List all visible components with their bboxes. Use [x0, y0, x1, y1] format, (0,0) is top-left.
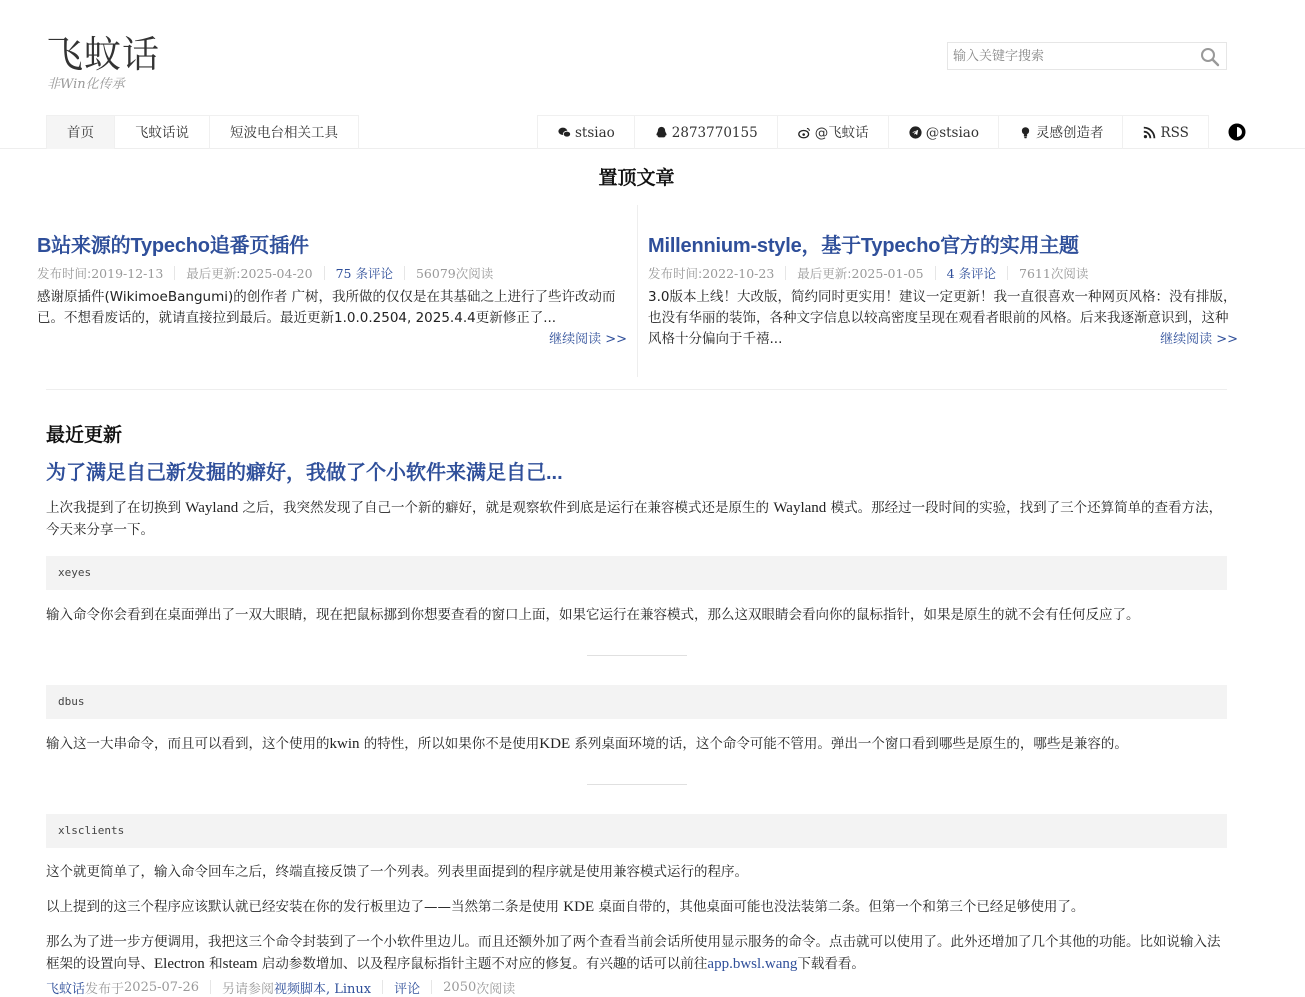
paragraph: 以上提到的这三个程序应该默认就已经安装在你的发行板里边了——当然第二条是使用 K… [46, 896, 1227, 918]
author-link[interactable]: 飞蚊话 [46, 978, 85, 997]
sticky-post: B站来源的Typecho追番页插件 发布时间: 2019-12-13 最后更新:… [37, 230, 627, 350]
paragraph: 上次我提到了在切换到 Wayland 之后，我突然发现了自己一个新的癖好，就是观… [46, 497, 1227, 541]
see-also-label: 另请参阅 [222, 978, 274, 997]
meta-separator [210, 980, 211, 994]
nav-item-blog[interactable]: 飞蚊话说 [115, 115, 210, 149]
comments-count: 75 [336, 266, 352, 281]
views-count: 56079 [416, 266, 456, 281]
search-box [947, 42, 1227, 70]
published-label: 发布时间: [37, 264, 91, 282]
category-links[interactable]: 视频脚本, Linux [274, 978, 371, 997]
code-block: xeyes [46, 556, 1227, 590]
read-more-link[interactable]: 继续阅读 >> [37, 329, 627, 350]
post-title-link[interactable]: 为了满足自己新发掘的癖好，我做了个小软件来满足自己... [46, 456, 563, 485]
social-qq[interactable]: 2873770155 [635, 115, 778, 149]
short-divider [587, 655, 687, 656]
meta-separator [382, 980, 383, 994]
weibo-icon [798, 126, 811, 139]
updated-label: 最后更新: [797, 264, 851, 282]
post-excerpt: 感谢原插件(WikimoeBangumi)的创作者 广树，我所做的仅仅是在其基础… [37, 287, 627, 329]
main-nav: 首页 飞蚊话说 短波电台相关工具 [46, 115, 359, 149]
social-label: @stsiao [926, 116, 979, 150]
meta-separator [1007, 266, 1008, 280]
views-label: 次阅读 [456, 264, 494, 282]
social-telegram[interactable]: @stsiao [889, 115, 999, 149]
published-label: 发布于 [85, 978, 124, 997]
views-label: 次阅读 [476, 978, 515, 997]
comments-count: 4 [947, 266, 955, 281]
social-weibo[interactable]: @飞蚊话 [778, 115, 889, 149]
updated-date: 2025-04-20 [241, 266, 313, 281]
post-footer-meta: 飞蚊话 发布于 2025-07-26 另请参阅 视频脚本, Linux 评论 2… [46, 977, 515, 997]
views-count: 7611 [1019, 266, 1051, 281]
social-rss[interactable]: RSS [1123, 115, 1208, 149]
recent-posts-heading: 最近更新 [46, 420, 122, 447]
post-meta: 发布时间: 2019-12-13 最后更新: 2025-04-20 75 条评论… [37, 264, 627, 282]
code-block: dbus [46, 685, 1227, 719]
updated-date: 2025-01-05 [852, 266, 924, 281]
search-input[interactable] [948, 43, 1188, 69]
meta-separator [404, 266, 405, 280]
contrast-icon [1228, 123, 1246, 141]
app-download-link[interactable]: app.bwsl.wang [707, 956, 797, 972]
site-description: 非Win化传承 [47, 73, 125, 92]
nav-item-home[interactable]: 首页 [46, 115, 115, 149]
social-label: stsiao [575, 116, 615, 150]
navigation-bar: 首页 飞蚊话说 短波电台相关工具 stsiao 2873770155 @飞蚊话 … [0, 115, 1305, 149]
comments-link[interactable]: 4 条评论 [947, 264, 996, 282]
meta-separator [431, 980, 432, 994]
paragraph: 输入命令你会看到在桌面弹出了一双大眼睛，现在把鼠标挪到你想要查看的窗口上面，如果… [46, 604, 1227, 626]
site-title[interactable]: 飞蚊话 [46, 24, 160, 78]
paragraph: 那么为了进一步方便调用，我把这三个命令封装到了一个小软件里边儿。而且还额外加了两… [46, 931, 1227, 975]
sticky-post: Millennium-style，基于Typecho官方的实用主题 发布时间: … [648, 230, 1238, 350]
views-label: 次阅读 [1051, 264, 1089, 282]
telegram-icon [909, 126, 922, 139]
published-date: 2025-07-26 [124, 980, 199, 995]
social-inspiration[interactable]: 灵感创造者 [999, 115, 1124, 149]
meta-separator [324, 266, 325, 280]
social-label: @飞蚊话 [815, 116, 869, 150]
short-divider [587, 784, 687, 785]
social-label: 灵感创造者 [1036, 116, 1104, 150]
section-divider [46, 389, 1227, 390]
post-title-link[interactable]: Millennium-style，基于Typecho官方的实用主题 [648, 235, 1079, 257]
social-label: 2873770155 [672, 116, 758, 150]
paragraph: 这个就更简单了，输入命令回车之后，终端直接反馈了一个列表。列表里面提到的程序就是… [46, 861, 1227, 883]
post-meta: 发布时间: 2022-10-23 最后更新: 2025-01-05 4 条评论 … [648, 264, 1238, 282]
meta-separator [935, 266, 936, 280]
published-label: 发布时间: [648, 264, 702, 282]
search-icon[interactable] [1200, 47, 1220, 67]
social-label: RSS [1160, 116, 1188, 150]
comments-label: 条评论 [955, 266, 996, 281]
rss-icon [1143, 126, 1156, 139]
published-date: 2019-12-13 [91, 266, 163, 281]
updated-label: 最后更新: [186, 264, 240, 282]
nav-item-shortwave-tools[interactable]: 短波电台相关工具 [210, 115, 359, 149]
post-title-link[interactable]: B站来源的Typecho追番页插件 [37, 235, 309, 257]
comments-label: 条评论 [352, 266, 393, 281]
wechat-icon [558, 126, 571, 139]
code-block: xlsclients [46, 814, 1227, 848]
lightbulb-icon [1019, 126, 1032, 139]
views-count: 2050 [443, 980, 476, 995]
comments-link[interactable]: 75 条评论 [336, 264, 393, 282]
theme-toggle-button[interactable] [1209, 115, 1265, 149]
meta-separator [174, 266, 175, 280]
qq-icon [655, 126, 668, 139]
column-divider [637, 205, 638, 377]
published-date: 2022-10-23 [702, 266, 774, 281]
social-nav: stsiao 2873770155 @飞蚊话 @stsiao 灵感创造者 RSS [537, 115, 1265, 149]
paragraph: 输入这一大串命令，而且可以看到，这个使用的kwin 的特性，所以如果你不是使用K… [46, 733, 1227, 755]
sticky-posts-heading: 置顶文章 [0, 163, 1273, 190]
social-wechat[interactable]: stsiao [537, 115, 635, 149]
comments-link[interactable]: 评论 [394, 978, 420, 997]
post-content: 上次我提到了在切换到 Wayland 之后，我突然发现了自己一个新的癖好，就是观… [46, 497, 1227, 975]
meta-separator [785, 266, 786, 280]
